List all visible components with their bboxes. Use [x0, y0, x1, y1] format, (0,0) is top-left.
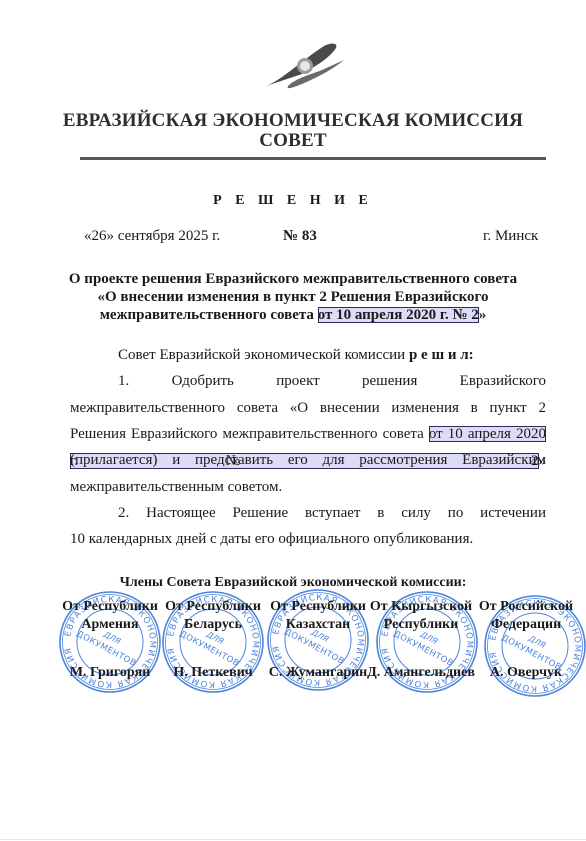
signature-name: А. Оверчук	[471, 664, 581, 682]
signature-from: От Республики	[165, 599, 261, 614]
signature-name: Д. Амангельдиев	[366, 664, 476, 682]
document-title: О проекте решения Евразийского межправит…	[60, 270, 526, 324]
organization-name: ЕВРАЗИЙСКАЯ ЭКОНОМИЧЕСКАЯ КОМИССИЯ	[0, 110, 586, 132]
signature-from: От Республики	[270, 599, 366, 614]
decision-item-1-continued: (прилагается) и представить его для расс…	[70, 447, 546, 474]
signature-from: От Республики	[62, 599, 158, 614]
title-closing-quote: »	[479, 307, 487, 323]
organization-body: СОВЕТ	[0, 130, 586, 152]
signature-kyrgyzstan: От Кыргызской Республики Д. Амангельдиев	[366, 598, 476, 682]
signature-armenia: От Республики Армения М. Григорян	[55, 598, 165, 682]
decision-item-2-end: 10 календарных дней с даты его официальн…	[70, 526, 546, 553]
signature-belarus: От Республики Беларусь Н. Петкевич	[158, 598, 268, 682]
document-city: г. Минск	[483, 228, 538, 245]
signature-russia: От Российской Федерации А. Оверчук	[471, 598, 581, 682]
header-divider	[80, 157, 546, 160]
signature-from: От Кыргызской	[370, 599, 472, 614]
decision-intro: Совет Евразийской экономической комиссии…	[70, 342, 546, 369]
page-bottom-edge	[0, 839, 586, 840]
signature-country: Республики	[384, 617, 459, 632]
signature-name: Н. Петкевич	[158, 664, 268, 682]
signature-country: Казахстан	[286, 617, 351, 632]
signature-country: Беларусь	[184, 617, 242, 632]
decision-item-2: 2. Настоящее Решение вступает в силу по …	[70, 500, 546, 527]
document-number: № 83	[283, 228, 317, 245]
signature-kazakhstan: От Республики Казахстан С. Жумангарин	[263, 598, 373, 682]
signature-from: От Российской	[479, 599, 573, 614]
intro-text: Совет Евразийской экономической комиссии	[118, 347, 409, 363]
signature-name: М. Григорян	[55, 664, 165, 682]
signature-country: Федерации	[491, 617, 561, 632]
signature-country: Армения	[81, 617, 138, 632]
decision-item-1-end: межправительственным советом.	[70, 474, 546, 501]
document-type: Р Е Ш Е Н И Е	[0, 193, 586, 209]
document-date: «26» сентября 2025 г.	[84, 228, 220, 245]
eaeu-emblem-logo	[262, 40, 348, 92]
intro-resolved: р е ш и л:	[409, 347, 474, 363]
signature-name: С. Жумангарин	[263, 664, 373, 682]
title-reference-link[interactable]: от 10 апреля 2020 г. № 2	[318, 307, 479, 323]
